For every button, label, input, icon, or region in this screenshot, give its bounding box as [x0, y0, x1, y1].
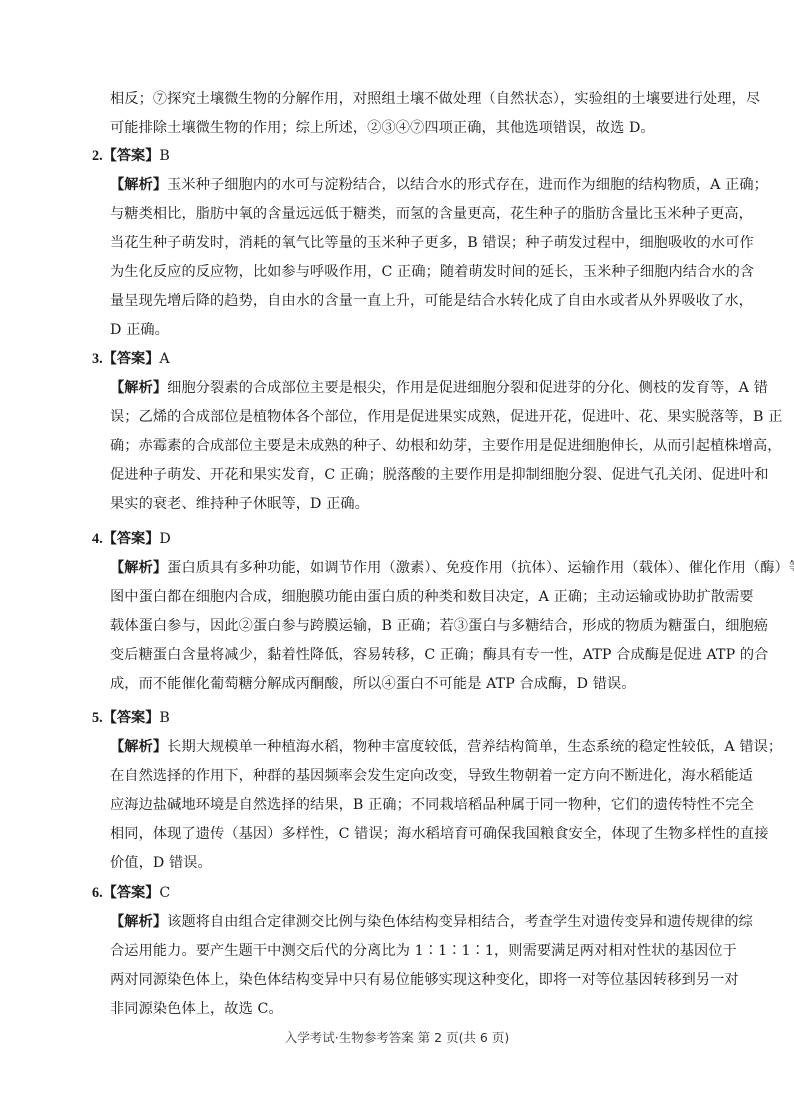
- analysis-text: 该题将自由组合定律测交比例与染色体结构变异相结合，考查学生对遗传变异和遗传规律的…: [167, 914, 753, 930]
- question-2-analysis-line-4: 为生化反应的反应物，比如参与呼吸作用，C 正确；随着萌发时间的延长，玉米种子细胞…: [110, 263, 706, 281]
- question-2-analysis-line-1: 【解析】玉米种子细胞内的水可与淀粉结合，以结合水的形式存在，进而作为细胞的结构物…: [110, 176, 706, 194]
- answer-value: D: [159, 531, 170, 547]
- question-6-analysis-line-2: 合运用能力。要产生题干中测交后代的分离比为 1∶1∶1∶1，则需要满足两对相对性…: [110, 942, 706, 960]
- analysis-text: 细胞分裂素的合成部位主要是根尖，作用是促进细胞分裂和促进芽的分化、侧枝的发育等，…: [167, 380, 768, 396]
- question-3-header: 3.【答案】A: [92, 350, 170, 368]
- question-2-analysis-line-2: 与糖类相比，脂肪中氧的含量远远低于糖类，而氢的含量更高，花生种子的脂肪含量比玉米…: [110, 205, 706, 223]
- answer-value: B: [159, 710, 169, 726]
- analysis-tag: 【解析】: [110, 560, 167, 576]
- answer-tag: 【答案】: [103, 531, 160, 547]
- question-3-analysis-line-2: 误；乙烯的合成部位是植物体各个部位，作用是促进果实成熟，促进开花，促进叶、花、果…: [110, 408, 706, 426]
- question-4-analysis-line-2: 图中蛋白都在细胞内合成，细胞膜功能由蛋白质的种类和数目决定，A 正确；主动运输或…: [110, 588, 706, 606]
- question-number: 3.: [92, 351, 103, 367]
- question-6-analysis-line-3: 两对同源染色体上，染色体结构变异中只有易位能够实现这种变化，即将一对等位基因转移…: [110, 971, 706, 989]
- question-6-analysis-line-1: 【解析】该题将自由组合定律测交比例与染色体结构变异相结合，考查学生对遗传变异和遗…: [110, 913, 706, 931]
- question-3-analysis-line-1: 【解析】细胞分裂素的合成部位主要是根尖，作用是促进细胞分裂和促进芽的分化、侧枝的…: [110, 379, 706, 397]
- answer-value: C: [159, 885, 170, 901]
- question-number: 5.: [92, 710, 103, 726]
- question-5-analysis-line-1: 【解析】长期大规模单一种植海水稻，物种丰富度较低，营养结构简单，生态系统的稳定性…: [110, 738, 706, 756]
- answer-tag: 【答案】: [103, 351, 160, 367]
- analysis-text: 长期大规模单一种植海水稻，物种丰富度较低，营养结构简单，生态系统的稳定性较低，A…: [167, 739, 782, 755]
- analysis-tag: 【解析】: [110, 739, 167, 755]
- question-5-header: 5.【答案】B: [92, 709, 170, 727]
- answer-value: A: [159, 351, 169, 367]
- analysis-text: 蛋白质具有多种功能，如调节作用（激素）、免疫作用（抗体）、运输作用（载体）、催化…: [167, 560, 794, 576]
- question-4-analysis-line-3: 载体蛋白参与，因此②蛋白参与跨膜运输，B 正确；若③蛋白与多糖结合，形成的物质为…: [110, 617, 706, 635]
- answer-tag: 【答案】: [103, 148, 160, 164]
- question-5-analysis-line-3: 应海边盐碱地环境是自然选择的结果，B 正确；不同栽培稻品种属于同一物种，它们的遗…: [110, 796, 706, 814]
- question-number: 2.: [92, 148, 103, 164]
- question-2-analysis-line-6: D 正确。: [110, 321, 706, 339]
- question-number: 6.: [92, 885, 103, 901]
- question-5-analysis-line-4: 相同，体现了遗传（基因）多样性，C 错误；海水稻培育可确保我国粮食安全，体现了生…: [110, 825, 706, 843]
- question-6-analysis-line-4: 非同源染色体上，故选 C。: [110, 1000, 706, 1018]
- question-3-analysis-line-4: 促进种子萌发、开花和果实发育，C 正确；脱落酸的主要作用是抑制细胞分裂、促进气孔…: [110, 466, 706, 484]
- question-4-analysis-line-5: 成，而不能催化葡萄糖分解成丙酮酸，所以④蛋白不可能是 ATP 合成酶，D 错误。: [110, 675, 706, 693]
- answer-tag: 【答案】: [103, 710, 160, 726]
- question-4-analysis-line-1: 【解析】蛋白质具有多种功能，如调节作用（激素）、免疫作用（抗体）、运输作用（载体…: [110, 559, 706, 577]
- analysis-tag: 【解析】: [110, 380, 167, 396]
- question-4-analysis-line-4: 变后糖蛋白含量将减少，黏着性降低，容易转移，C 正确；酶具有专一性，ATP 合成…: [110, 646, 706, 664]
- question-6-header: 6.【答案】C: [92, 884, 170, 902]
- question-2-header: 2.【答案】B: [92, 147, 170, 165]
- question-5-analysis-line-5: 价值，D 错误。: [110, 854, 706, 872]
- question-4-header: 4.【答案】D: [92, 530, 171, 548]
- continuation-line-1: 相反；⑦探究土壤微生物的分解作用，对照组土壤不做处理（自然状态），实验组的土壤要…: [110, 90, 706, 108]
- answer-value: B: [159, 148, 169, 164]
- question-2-analysis-line-5: 量呈现先增后降的趋势，自由水的含量一直上升，可能是结合水转化成了自由水或者从外界…: [110, 292, 706, 310]
- analysis-tag: 【解析】: [110, 177, 167, 193]
- question-2-analysis-line-3: 当花生种子萌发时，消耗的氧气比等量的玉米种子更多，B 错误；种子萌发过程中，细胞…: [110, 234, 706, 252]
- continuation-line-2: 可能排除土壤微生物的作用；综上所述，②③④⑦四项正确，其他选项错误，故选 D。: [110, 119, 706, 137]
- document-page: 相反；⑦探究土壤微生物的分解作用，对照组土壤不做处理（自然状态），实验组的土壤要…: [0, 0, 794, 1102]
- analysis-tag: 【解析】: [110, 914, 167, 930]
- analysis-text: 玉米种子细胞内的水可与淀粉结合，以结合水的形式存在，进而作为细胞的结构物质，A …: [167, 177, 768, 193]
- answer-tag: 【答案】: [103, 885, 160, 901]
- page-footer: 入学考试·生物参考答案 第 2 页(共 6 页): [0, 1030, 794, 1046]
- question-3-analysis-line-5: 果实的衰老、维持种子休眠等，D 正确。: [110, 495, 706, 513]
- question-number: 4.: [92, 531, 103, 547]
- question-3-analysis-line-3: 确；赤霉素的合成部位主要是未成熟的种子、幼根和幼芽，主要作用是促进细胞伸长，从而…: [110, 437, 706, 455]
- question-5-analysis-line-2: 在自然选择的作用下，种群的基因频率会发生定向改变，导致生物朝着一定方向不断进化，…: [110, 767, 706, 785]
